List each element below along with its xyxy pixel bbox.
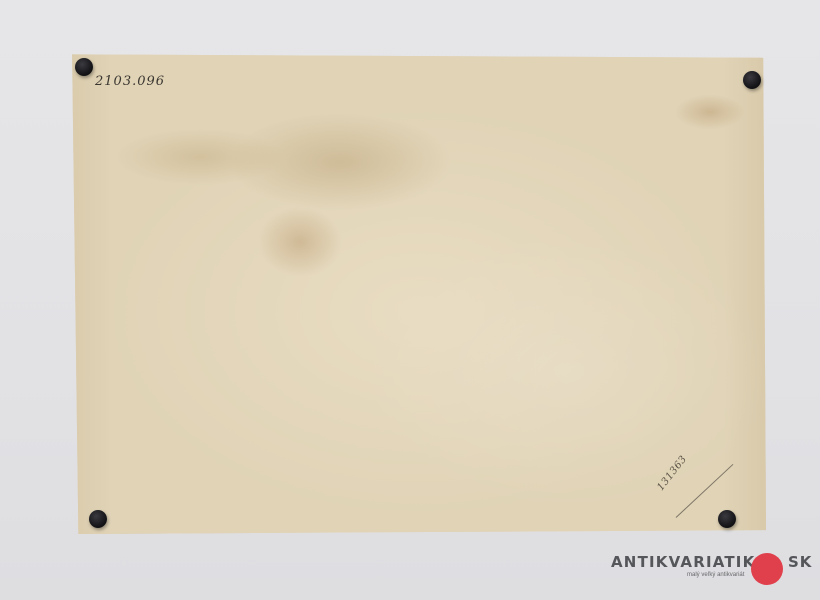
- logo-brand: ANTIKVARIATIK: [611, 553, 755, 571]
- watermark-logo: ANTIKVARIATIK SK malý veľký antikvariát: [611, 553, 811, 589]
- logo-tagline: malý veľký antikvariát: [687, 572, 744, 578]
- magnet-top-left: [75, 58, 93, 76]
- magnet-bottom-left: [89, 510, 107, 528]
- paper-sheet: [70, 52, 766, 534]
- magnet-top-right: [743, 71, 761, 89]
- logo-dot-icon: [751, 553, 783, 585]
- logo-domain: SK: [788, 553, 812, 571]
- magnet-bottom-right: [718, 510, 736, 528]
- inventory-number: 2103.096: [95, 74, 165, 89]
